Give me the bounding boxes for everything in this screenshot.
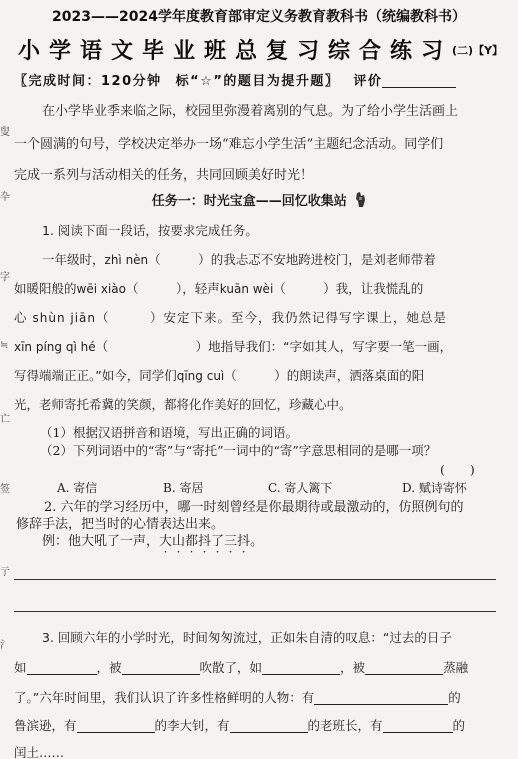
fill-blank[interactable] [230,719,308,733]
cartoon-figure-icon [355,192,366,208]
q1-sub-1: （1）根据汉语拼音和语境，写出正确的词语。 [40,423,298,441]
text: ，被 [97,660,122,675]
text: 写得端端正正。”如今，同学们 [14,368,177,383]
q1-para-line-4: xīn píng qì hé（ ）地指导我们：“字如其人，写字要一笔一画， [14,337,452,355]
fill-blank[interactable] [122,661,200,675]
intro-line-3: 完成一系列与活动相关的任务，共同回顾美好时光！ [14,164,313,183]
option-d[interactable]: D. 赋诗寄怀 [402,479,467,496]
fill-blank[interactable] [383,719,453,733]
q1-para-line-1: 一年级时，zhì nèn（ ）的我忐忑不安地跨进校门，是刘老师带着 [42,250,436,268]
emph-char: 抖 [198,534,211,549]
text: 蒸融 [443,660,468,675]
fill-blank[interactable] [314,691,448,705]
text: 的朗读声，洒落桌面的阳 [287,368,425,383]
fill-blank[interactable] [365,661,443,675]
emph-char: 都 [185,534,198,549]
text: 的我忐忑不安地跨进校门，是刘老师带着 [211,252,436,267]
margin-mark: ≒ [0,340,8,351]
text: 心 [14,310,28,325]
text: 如 [14,660,27,675]
pinyin: wēi xiào [77,282,126,296]
q1-para-line-5: 写得端端正正。”如今，同学们qīng cuì（ ）的朗读声，洒落桌面的阳 [14,366,424,384]
emph-char: 抖 [237,534,250,549]
q3-line-5: 闰土…… [14,743,64,759]
q3-line-2: 如，被吹散了，如，被蒸融 [14,658,468,676]
emph-char: 大 [159,534,172,549]
q3-line-4: 鲁滨逊，有的李大钊，有的老班长，有的 [14,716,465,734]
fill-blank[interactable] [27,661,97,675]
margin-mark: 亍 [0,563,10,578]
fill-blank[interactable] [77,719,155,733]
intro-line-1: 在小学毕业季来临之际，校园里弥漫着离别的气息。为了给小学生活画上 [42,100,458,119]
q1-sub-2: （2）下列词语中的“寄”与“寄托”一词中的“寄”字意思相同的是哪一项？ [40,441,436,459]
q1-prompt: 1. 阅读下面一段话，按要求完成任务。 [42,221,258,239]
pinyin: kuān wèi [220,282,274,296]
margin-mark: 字 [0,268,10,283]
title-text: 小学语文毕业班总复习综合练习 [18,39,452,64]
option-a[interactable]: A. 寄信 [57,479,97,496]
text: 的 [453,718,466,733]
text: 了。”六年时间里，我们认识了许多性格鲜明的人物：有 [14,690,314,705]
answer-blank[interactable]: （ ） [126,281,182,296]
pinyin: shùn jiān [33,311,97,325]
text: ，被 [340,660,365,675]
worksheet-page: 2023——2024学年度教育部审定义务教育教科书（统编教科书） 小学语文毕业班… [0,0,518,759]
title-suffix: (二)【Y】 [452,44,503,57]
rating-label: 评价 [353,74,382,89]
task-one-title: 任务一：时光宝盒——回忆收集站 [0,190,518,209]
fill-blank[interactable] [262,661,340,675]
worksheet-title: 小学语文毕业班总复习综合练习(二)【Y】 [18,34,518,65]
text: 吹散了，如 [200,660,263,675]
task-one-title-text: 任务一：时光宝盒——回忆收集站 [152,194,347,209]
margin-mark: 亡 [0,410,10,425]
text: 地指导我们：“字如其人，写字要一笔一画， [208,339,452,354]
q3-line-3: 了。”六年时间里，我们认识了许多性格鲜明的人物：有的 [14,688,461,706]
emph-char: 三 [224,534,237,549]
answer-blank[interactable]: （ ） [96,339,209,354]
answer-blank[interactable]: （ ） [224,368,287,383]
text: 如暖阳般的 [14,281,77,296]
text: 安定下来。至今，我仍然记得写字课上，她总是 [164,310,448,325]
edition-header: 2023——2024学年度教育部审定义务教育教科书（统编教科书） [0,6,518,26]
answer-blank[interactable]: （ ） [148,252,211,267]
star-note: 标“☆”的题目为提升题〗 [176,74,340,89]
q1-para-line-6: 光，老师寄托希冀的笑颜，都将化作美好的回忆，珍藏心中。 [14,395,352,413]
emph-char: 山 [172,534,185,549]
answer-blank[interactable]: （ ） [96,310,164,325]
text: 鲁滨逊，有 [14,718,77,733]
text: 的李大钊，有 [155,718,230,733]
answer-blank[interactable]: （ ） [273,281,336,296]
example-prefix: 例：他大吼了一声， [42,534,159,549]
time-limit: 〖完成时间：120分钟 [14,74,162,89]
option-c[interactable]: C. 寄人篱下 [268,479,332,496]
pinyin: zhì nèn [105,253,149,267]
intro-line-2: 一个圆满的句号，学校决定举办一场“难忘小学生活”主题纪念活动。同学们 [14,133,443,152]
q1-answer-paren[interactable]: ( ) [440,460,475,478]
emph-char: 了 [211,534,224,549]
q1-para-line-2: 如暖阳般的wēi xiào（ ），轻声kuān wèi（ ）我，让我慌乱的 [14,279,423,297]
q1-para-line-3: 心 shùn jiān（ ）安定下来。至今，我仍然记得写字课上，她总是 [14,308,447,326]
q2-answer-line-2[interactable] [14,611,496,612]
margin-mark: 氵 [0,636,10,651]
q3-line-1: 3. 回顾六年的小学时光，时间匆匆流过，正如朱自清的叹息：“过去的日子 [42,628,452,646]
text: ，轻声 [182,281,220,296]
q2-example: 例：他大吼了一声，大山都抖了三抖。 [42,530,263,549]
text: 的 [448,690,461,705]
text: 的老班长，有 [308,718,383,733]
margin-mark: 叟 [0,123,10,138]
option-b[interactable]: B. 寄居 [163,479,203,496]
q2-answer-line-1[interactable] [14,579,496,580]
pinyin: xīn píng qì hé [14,340,96,354]
info-bar: 〖完成时间：120分钟标“☆”的题目为提升题〗评价 [14,70,514,89]
rating-input-line[interactable] [382,74,456,88]
text: 我，让我慌乱的 [336,281,424,296]
margin-mark: 签 [0,480,10,495]
example-end: 。 [250,534,263,549]
margin-mark: 卆 [0,188,10,203]
text: 一年级时， [42,252,105,267]
pinyin: qīng cuì [177,369,225,383]
